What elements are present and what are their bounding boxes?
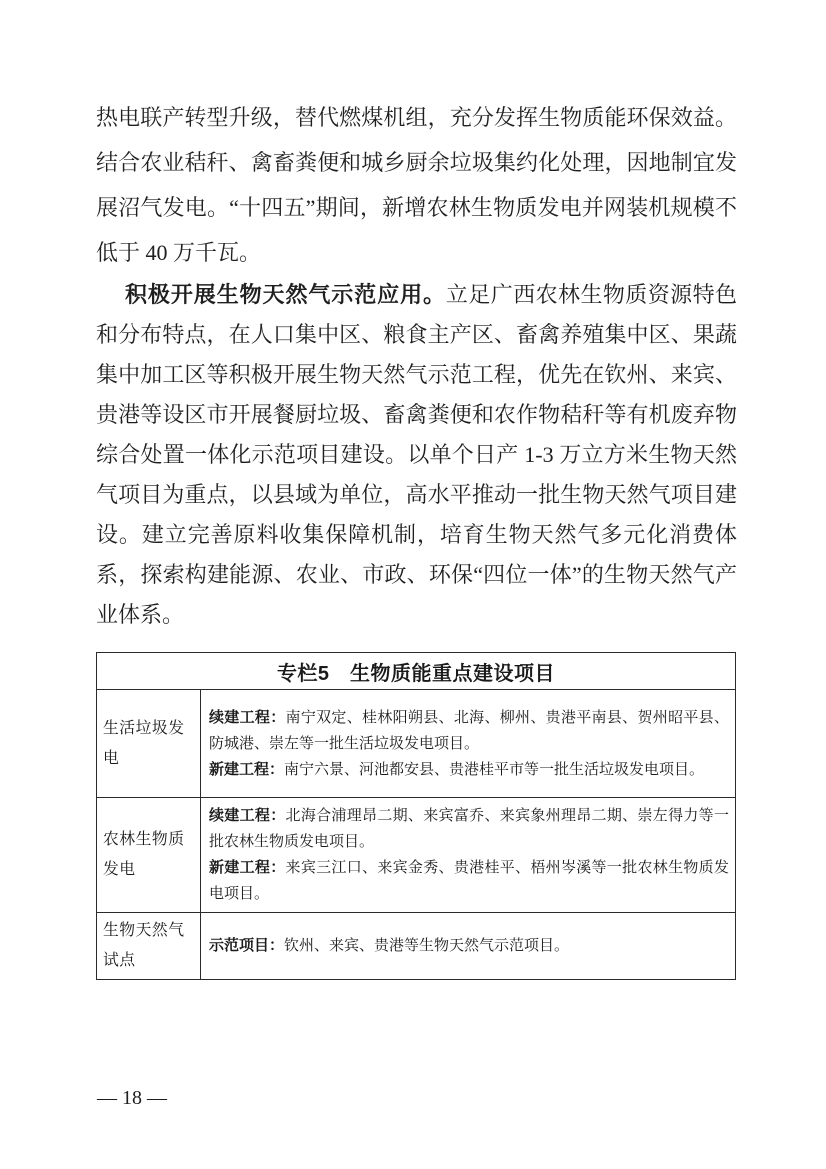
- biomass-project-table: 专栏5 生物质能重点建设项目 生活垃圾发电 续建工程：南宁双定、桂林阳朔县、北海…: [96, 652, 736, 980]
- table-header-row: 专栏5 生物质能重点建设项目: [97, 653, 736, 690]
- table-row: 农林生物质发电 续建工程：北海合浦理昂二期、来宾富乔、来宾象州理昂二期、崇左得力…: [97, 798, 736, 913]
- table-row-label: 农林生物质发电: [97, 798, 201, 913]
- table-row-label: 生物天然气试点: [97, 913, 201, 980]
- document-page: 热电联产转型升级，替代燃煤机组，充分发挥生物质能环保效益。结合农业秸秆、禽畜粪便…: [0, 0, 826, 1169]
- entry-text: 来宾三江口、来宾金秀、贵港桂平、梧州岑溪等一批农林生物质发电项目。: [209, 860, 729, 902]
- entry-tag: 示范项目：: [209, 937, 284, 954]
- table-row: 生物天然气试点 示范项目：钦州、来宾、贵港等生物天然气示范项目。: [97, 913, 736, 980]
- table-row-detail: 续建工程：南宁双定、桂林阳朔县、北海、柳州、贵港平南县、贺州昭平县、防城港、崇左…: [201, 690, 736, 798]
- body-paragraph-1: 热电联产转型升级，替代燃煤机组，充分发挥生物质能环保效益。结合农业秸秆、禽畜粪便…: [96, 95, 737, 275]
- table-row-detail: 续建工程：北海合浦理昂二期、来宾富乔、来宾象州理昂二期、崇左得力等一批农林生物质…: [201, 798, 736, 913]
- paragraph-2-bold-lead: 积极开展生物天然气示范应用。: [125, 282, 446, 307]
- project-entry: 新建工程：来宾三江口、来宾金秀、贵港桂平、梧州岑溪等一批农林生物质发电项目。: [209, 855, 729, 907]
- document-body: 热电联产转型升级，替代燃煤机组，充分发挥生物质能环保效益。结合农业秸秆、禽畜粪便…: [96, 95, 737, 980]
- project-entry: 新建工程：南宁六景、河池都安县、贵港桂平市等一批生活垃圾发电项目。: [209, 757, 729, 783]
- entry-text: 南宁六景、河池都安县、贵港桂平市等一批生活垃圾发电项目。: [284, 762, 704, 778]
- entry-text: 北海合浦理昂二期、来宾富乔、来宾象州理昂二期、崇左得力等一批农林生物质发电项目。: [209, 808, 729, 850]
- table-row-detail: 示范项目：钦州、来宾、贵港等生物天然气示范项目。: [201, 913, 736, 980]
- project-entry: 续建工程：北海合浦理昂二期、来宾富乔、来宾象州理昂二期、崇左得力等一批农林生物质…: [209, 803, 729, 855]
- paragraph-2-text: 立足广西农林生物质资源特色和分布特点，在人口集中区、粮食主产区、畜禽养殖集中区、…: [96, 282, 737, 627]
- body-paragraph-2: 积极开展生物天然气示范应用。立足广西农林生物质资源特色和分布特点，在人口集中区、…: [96, 275, 737, 635]
- table-title: 专栏5 生物质能重点建设项目: [97, 653, 736, 690]
- entry-text: 南宁双定、桂林阳朔县、北海、柳州、贵港平南县、贺州昭平县、防城港、崇左等一批生活…: [209, 710, 729, 752]
- project-entry: 续建工程：南宁双定、桂林阳朔县、北海、柳州、贵港平南县、贺州昭平县、防城港、崇左…: [209, 705, 729, 757]
- entry-text: 钦州、来宾、贵港等生物天然气示范项目。: [284, 938, 569, 954]
- table-row: 生活垃圾发电 续建工程：南宁双定、桂林阳朔县、北海、柳州、贵港平南县、贺州昭平县…: [97, 690, 736, 798]
- project-entry: 示范项目：钦州、来宾、贵港等生物天然气示范项目。: [209, 933, 729, 959]
- entry-tag: 续建工程：: [209, 807, 286, 824]
- entry-tag: 新建工程：: [209, 859, 286, 876]
- page-number: — 18 —: [97, 1086, 167, 1110]
- entry-tag: 续建工程：: [209, 709, 286, 726]
- entry-tag: 新建工程：: [209, 761, 284, 778]
- table-row-label: 生活垃圾发电: [97, 690, 201, 798]
